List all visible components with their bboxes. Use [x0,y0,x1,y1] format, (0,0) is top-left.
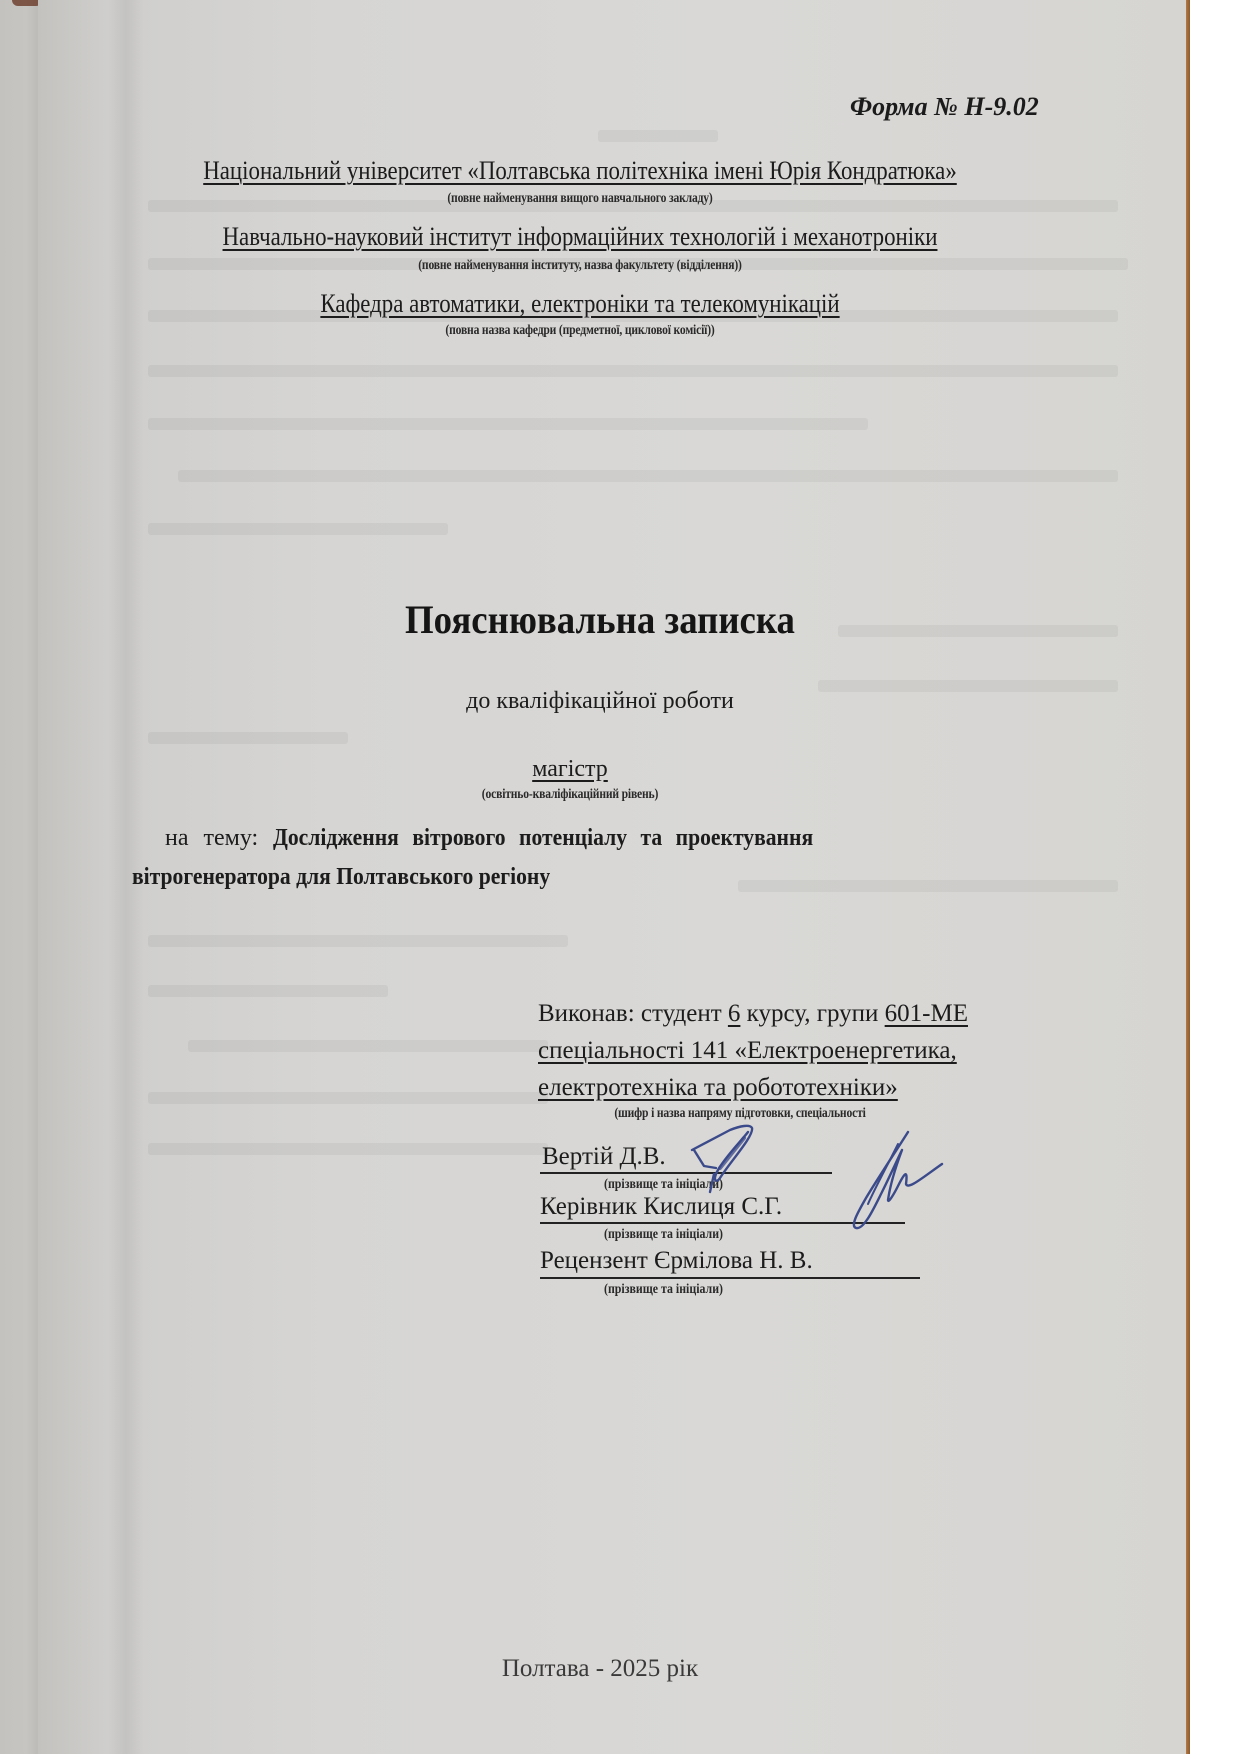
document-subtitle: до кваліфікаційної роботи [300,688,900,715]
specialty-line-1: спеціальності 141 «Електроенергетика, [538,1037,957,1065]
student-info-line: Виконав: студент 6 курсу, групи 601-МЕ [538,1000,968,1028]
document-title: Пояснювальна записка [324,596,876,643]
specialty-line-2: електротехніка та робототехніки» [538,1074,898,1102]
background-surface [0,0,38,1754]
supervisor-signature-icon [838,1128,948,1238]
reviewer-name-caption: (прізвище та ініціали) [604,1281,723,1297]
degree-caption: (освітньо-кваліфікаційний рівень) [441,786,699,802]
form-number: Форма № Н-9.02 [850,92,1039,122]
department-name: Кафедра автоматики, електроніки та телек… [237,289,923,319]
student-signature-icon [690,1122,780,1202]
bleed-through-text [148,732,348,744]
bleed-through-text [148,365,1118,377]
topic-text-line-2: вітрогенератора для Полтавського регіону [132,864,550,891]
bleed-through-text [148,1092,548,1104]
bleed-through-text [598,130,718,142]
student-course: 6 [728,1000,741,1027]
bleed-through-text [738,880,1118,892]
reviewer-name: Рецензент Єрмілова Н. В. [540,1247,813,1275]
university-name: Національний університет «Полтавська пол… [158,156,1003,186]
performed-label: Виконав: студент [538,1000,722,1027]
bleed-through-text [148,523,448,535]
course-label: курсу, групи [747,1000,879,1027]
bleed-through-text [148,1143,548,1155]
topic-line-1: на тему: Дослідження вітрового потенціал… [165,825,873,852]
university-caption: (повне найменування вищого навчального з… [167,190,993,206]
topic-label: на тему: [165,825,258,851]
bleed-through-text [148,418,868,430]
bleed-through-text [838,625,1118,637]
city-year: Полтава - 2025 рік [450,1655,750,1683]
department-caption: (повна назва кафедри (предметної, циклов… [245,322,916,338]
page-edge [1186,0,1190,1754]
student-name: Вертій Д.В. [542,1143,666,1171]
specialty-caption: (шифр і назва напряму підготовки, спеціа… [568,1105,912,1121]
bleed-through-text [148,985,388,997]
bleed-through-text [148,935,568,947]
supervisor-name-caption: (прізвище та ініціали) [604,1226,723,1242]
student-group: 601-МЕ [885,1000,968,1027]
signature-line-student [540,1172,832,1174]
bleed-through-text [178,470,1118,482]
topic-text-line-1: Дослідження вітрового потенціалу та прое… [273,825,813,852]
institute-caption: (повне найменування інституту, назва фак… [176,257,984,273]
degree-value: магістр [420,756,720,783]
institute-name: Навчально-науковий інститут інформаційни… [166,222,993,252]
bleed-through-text [188,1040,548,1052]
signature-line-reviewer [540,1277,920,1279]
